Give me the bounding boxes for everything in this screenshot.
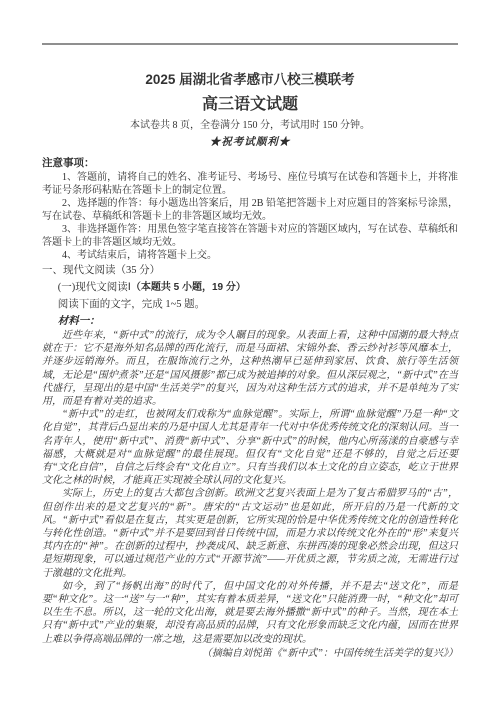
exam-info-line: 本试卷共 8 页，全卷满分 150 分，考试用时 150 分钟。 xyxy=(42,119,458,132)
paper-header: 2025 届湖北省孝感市八校三模联考 高三语文试题 本试卷共 8 页，全卷满分 … xyxy=(42,71,458,150)
source-attribution: （摘编自刘悦笛《“新中式”：中国传统生活美学的复兴》） xyxy=(42,647,458,660)
exam-wish-line: ★祝考试顺利★ xyxy=(42,136,458,150)
reading-instruction: 阅读下面的文字，完成 1~5 题。 xyxy=(42,298,458,312)
paper-subtitle: 高三语文试题 xyxy=(42,95,458,115)
paper-title: 2025 届湖北省孝感市八校三模联考 xyxy=(42,71,458,88)
notice-section: 注意事项： 1、答题前，请将自己的姓名、准考证号、考场号、座位号填写在试卷和答题… xyxy=(42,157,458,262)
notice-item-4: 4、考试结束后，请将答题卡上交。 xyxy=(42,249,458,262)
notice-heading: 注意事项： xyxy=(42,157,458,171)
section-heading: 一、现代文阅读（35 分） xyxy=(42,264,458,278)
notice-item-2: 2、选择题的作答：每小题选出答案后，用 2B 铅笔把答题卡上对应题目的答案标号涂… xyxy=(42,197,458,223)
material-paragraph-4: 如今，到了“扬帆出海”的时代了，但中国文化的对外传播，并不是去“送文化”，而是要… xyxy=(42,580,458,646)
material-label: 材料一： xyxy=(42,315,458,329)
material-paragraph-2: “新中式”的走红，也被网友们戏称为“血脉觉醒”。实际上，所谓“血脉觉醒”乃是一种… xyxy=(42,408,458,487)
subsection-heading: (一)现代文阅读Ⅰ（本题共 5 小题，19 分） xyxy=(42,281,458,295)
material-paragraph-1: 近些年来，“新中式”的流行，成为令人瞩目的现象。从表面上看，这种中国潮的最大特点… xyxy=(42,329,458,408)
material-paragraph-3: 实际上，历史上的复古大都包含创新。欧洲文艺复兴表面上是为了复古希腊罗马的“古”，… xyxy=(42,487,458,579)
subsection-points: （本题共 5 小题，19 分） xyxy=(131,282,246,293)
notice-item-3: 3、非选择题作答：用黑色签字笔直接答在答题卡对应的答题区域内，写在试卷、草稿纸和… xyxy=(42,223,458,249)
reading-section: 一、现代文阅读（35 分） (一)现代文阅读Ⅰ（本题共 5 小题，19 分） 阅… xyxy=(42,264,458,660)
header-divider xyxy=(42,43,458,45)
notice-item-1: 1、答题前，请将自己的姓名、准考证号、考场号、座位号填写在试卷和答题卡上，并将准… xyxy=(42,171,458,197)
exam-paper-page: 2025 届湖北省孝感市八校三模联考 高三语文试题 本试卷共 8 页，全卷满分 … xyxy=(0,0,500,708)
subsection-prefix: (一)现代文阅读Ⅰ xyxy=(58,282,131,293)
